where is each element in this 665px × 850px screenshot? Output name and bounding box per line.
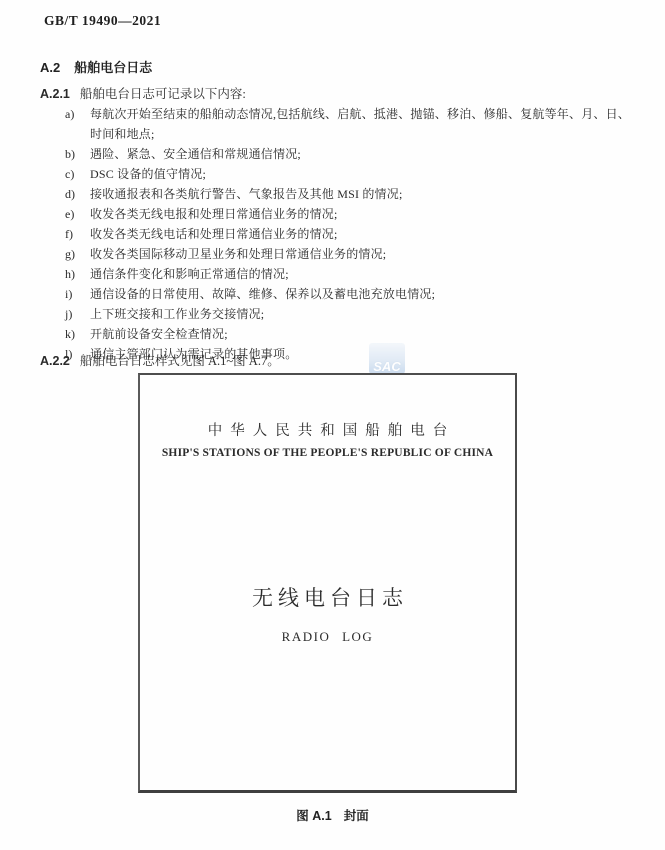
list-item: i) 通信设备的日常使用、故障、维修、保养以及蓄电池充放电情况; xyxy=(65,284,640,304)
item-text: 通信条件变化和影响正常通信的情况; xyxy=(90,264,635,284)
item-label: f) xyxy=(65,224,90,244)
standard-code-header: GB/T 19490—2021 xyxy=(44,13,161,29)
item-label: j) xyxy=(65,304,90,324)
item-text: 上下班交接和工作业务交接情况; xyxy=(90,304,635,324)
clause-text: 船舶电台日志可记录以下内容: xyxy=(80,87,246,101)
figure-caption-label: 图 A.1 xyxy=(296,809,331,823)
item-label: d) xyxy=(65,184,90,204)
item-text: 收发各类无线电话和处理日常通信业务的情况; xyxy=(90,224,635,244)
item-label: e) xyxy=(65,204,90,224)
item-text: 遇险、紧急、安全通信和常规通信情况; xyxy=(90,144,635,164)
list-item: k) 开航前设备安全检查情况; xyxy=(65,324,640,344)
item-text: 通信设备的日常使用、故障、维修、保养以及蓄电池充放电情况; xyxy=(90,284,635,304)
item-label: h) xyxy=(65,264,90,284)
item-label: i) xyxy=(65,284,90,304)
item-label: k) xyxy=(65,324,90,344)
item-text: 收发各类国际移动卫星业务和处理日常通信业务的情况; xyxy=(90,244,635,264)
clause-number: A.2.1 xyxy=(40,87,70,101)
clause-text: 船舶电台日志样式见图 A.1~图 A.7。 xyxy=(80,354,280,368)
list-item: f) 收发各类无线电话和处理日常通信业务的情况; xyxy=(65,224,640,244)
item-text: 接收通报表和各类航行警告、气象报告及其他 MSI 的情况; xyxy=(90,184,635,204)
clause-number: A.2.2 xyxy=(40,354,70,368)
item-text: 收发各类无线电报和处理日常通信业务的情况; xyxy=(90,204,635,224)
cover-title-english: SHIP'S STATIONS OF THE PEOPLE'S REPUBLIC… xyxy=(140,447,515,459)
list-item: e) 收发各类无线电报和处理日常通信业务的情况; xyxy=(65,204,640,224)
list-item: a) 每航次开始至结束的船舶动态情况,包括航线、启航、抵港、抛锚、移泊、修船、复… xyxy=(65,104,640,144)
clause-number: A.2 xyxy=(40,60,60,75)
cover-title-chinese: 中华人民共和国船舶电台 xyxy=(140,419,515,440)
list-item: j) 上下班交接和工作业务交接情况; xyxy=(65,304,640,324)
section-heading-a2: A.2船舶电台日志 xyxy=(40,57,152,76)
section-title: 船舶电台日志 xyxy=(74,60,152,75)
list-item: d) 接收通报表和各类航行警告、气象报告及其他 MSI 的情况; xyxy=(65,184,640,204)
item-text: DSC 设备的值守情况; xyxy=(90,164,635,184)
list-item: b) 遇险、紧急、安全通信和常规通信情况; xyxy=(65,144,640,164)
clause-a22: A.2.2船舶电台日志样式见图 A.1~图 A.7。 xyxy=(40,351,280,369)
content-list: a) 每航次开始至结束的船舶动态情况,包括航线、启航、抵港、抛锚、移泊、修船、复… xyxy=(65,104,640,364)
item-label: c) xyxy=(65,164,90,184)
list-item: h) 通信条件变化和影响正常通信的情况; xyxy=(65,264,640,284)
log-title-english: RADIO LOG xyxy=(140,629,515,645)
figure-caption-text: 封面 xyxy=(344,809,369,823)
list-item: c) DSC 设备的值守情况; xyxy=(65,164,640,184)
figure-caption: 图 A.1封面 xyxy=(0,806,665,824)
document-page: GB/T 19490—2021 A.2船舶电台日志 A.2.1船舶电台日志可记录… xyxy=(0,0,665,850)
item-text: 每航次开始至结束的船舶动态情况,包括航线、启航、抵港、抛锚、移泊、修船、复航等年… xyxy=(90,104,635,144)
figure-cover-box: 中华人民共和国船舶电台 SHIP'S STATIONS OF THE PEOPL… xyxy=(138,373,517,793)
item-label: g) xyxy=(65,244,90,264)
clause-a21: A.2.1船舶电台日志可记录以下内容: xyxy=(40,84,246,102)
item-label: b) xyxy=(65,144,90,164)
item-label: a) xyxy=(65,104,90,124)
log-title-chinese: 无线电台日志 xyxy=(140,582,515,612)
list-item: g) 收发各类国际移动卫星业务和处理日常通信业务的情况; xyxy=(65,244,640,264)
item-text: 开航前设备安全检查情况; xyxy=(90,324,635,344)
